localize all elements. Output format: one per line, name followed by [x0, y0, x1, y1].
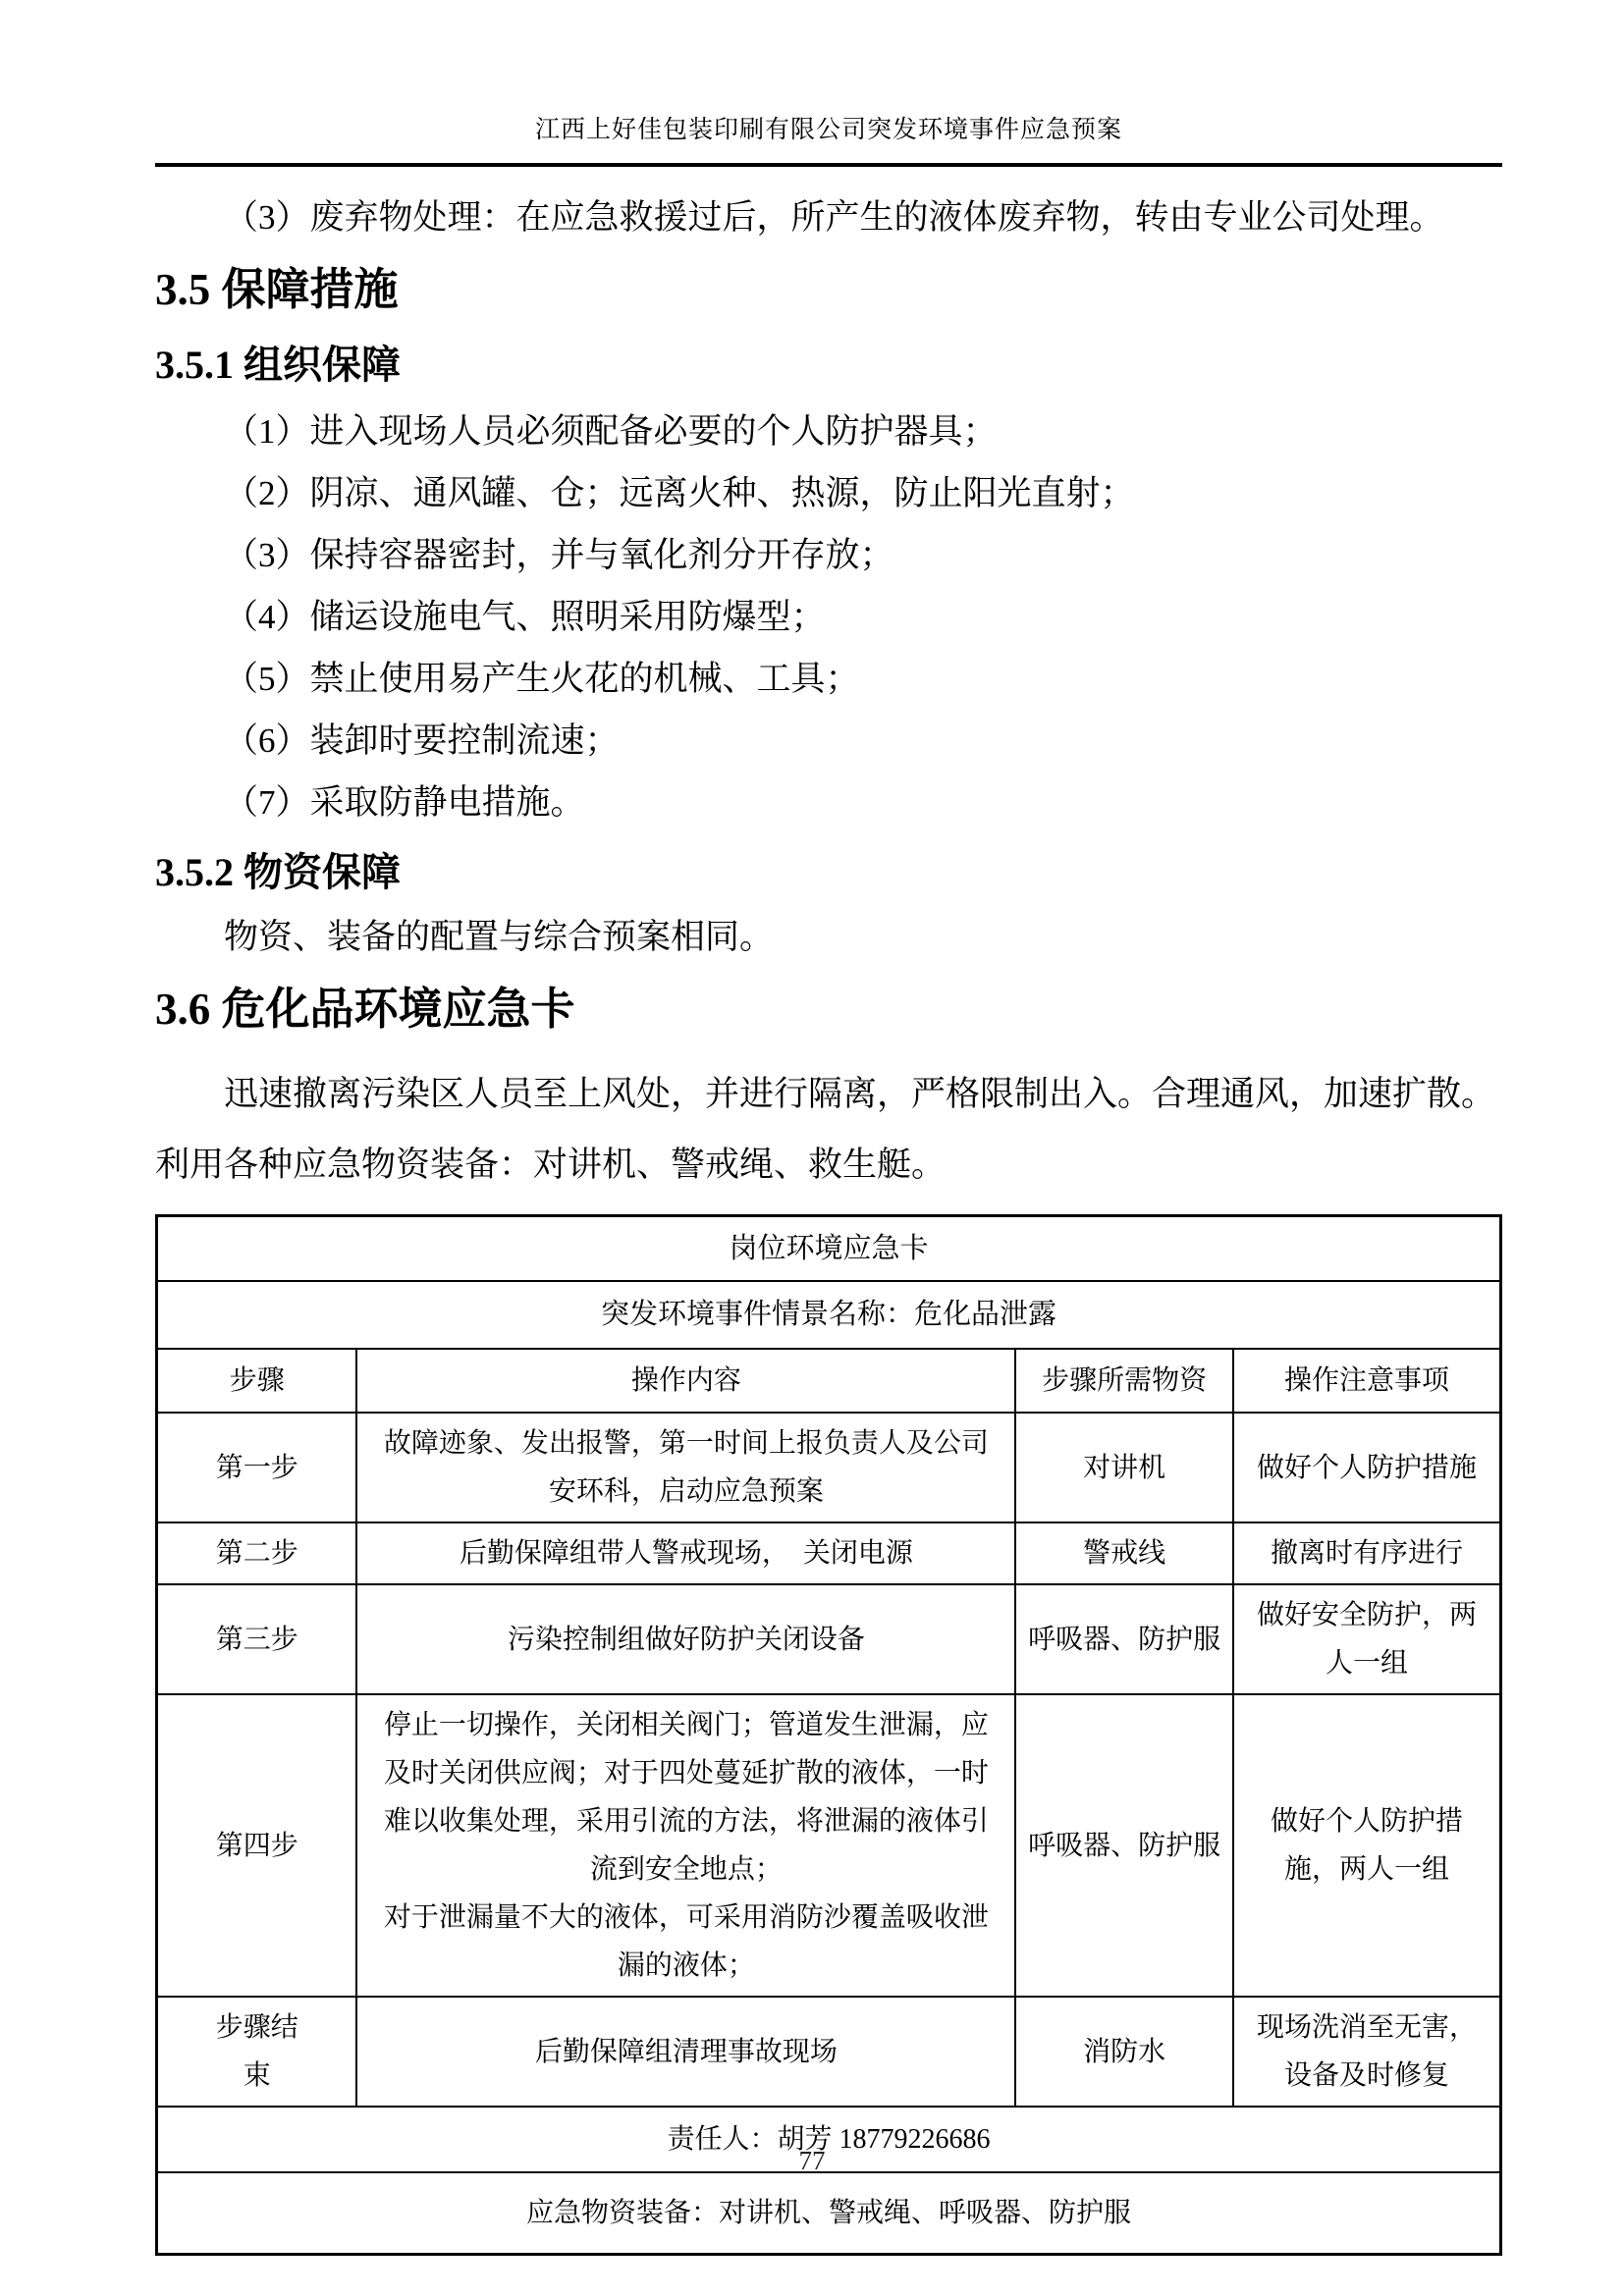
- table-scenario-row: 突发环境事件情景名称：危化品泄露: [157, 1281, 1501, 1349]
- section-3-5-heading: 3.5 保障措施: [155, 268, 1502, 312]
- list-item: （3）保持容器密封，并与氧化剂分开存放；: [155, 538, 1502, 572]
- table-equipment-row: 应急物资装备：对讲机、警戒绳、呼吸器、防护服: [157, 2172, 1501, 2255]
- table-row: 第二步 后勤保障组带人警戒现场， 关闭电源 警戒线 撤离时有序进行: [157, 1522, 1501, 1584]
- materials-cell: 呼吸器、防护服: [1015, 1694, 1233, 1997]
- emergency-equipment: 应急物资装备：对讲机、警戒绳、呼吸器、防护服: [157, 2172, 1501, 2255]
- step-cell: 第三步: [157, 1584, 357, 1694]
- operation-cell: 后勤保障组清理事故现场: [356, 1997, 1015, 2107]
- operation-cell: 污染控制组做好防护关闭设备: [356, 1584, 1015, 1694]
- column-header-operation: 操作内容: [356, 1349, 1015, 1413]
- list-item: （1）进入现场人员必须配备必要的个人防护器具；: [155, 414, 1502, 449]
- table-title-row: 岗位环境应急卡: [157, 1215, 1501, 1281]
- step-cell: 第四步: [157, 1694, 357, 1997]
- table-row: 第一步 故障迹象、发出报警，第一时间上报负责人及公司安环科，启动应急预案 对讲机…: [157, 1413, 1501, 1522]
- scenario-name: 突发环境事件情景名称：危化品泄露: [157, 1281, 1501, 1349]
- notes-cell: 做好个人防护措施，两人一组: [1233, 1694, 1500, 1997]
- list-item: （5）禁止使用易产生火花的机械、工具；: [155, 662, 1502, 696]
- list-item: （2）阴凉、通风罐、仓；远离火种、热源，防止阳光直射；: [155, 476, 1502, 510]
- table-row: 第四步 停止一切操作，关闭相关阀门；管道发生泄漏，应及时关闭供应阀；对于四处蔓延…: [157, 1694, 1501, 1997]
- step-cell: 第一步: [157, 1413, 357, 1522]
- section-3-5-2-heading: 3.5.2 物资保障: [155, 853, 1502, 892]
- section-3-5-2-paragraph: 物资、装备的配置与综合预案相同。: [155, 920, 1502, 954]
- operation-cell: 后勤保障组带人警戒现场， 关闭电源: [356, 1522, 1015, 1584]
- document-page: { "header": { "title": "江西上好佳包装印刷有限公司突发环…: [0, 0, 1624, 2296]
- notes-cell: 做好安全防护，两人一组: [1233, 1584, 1500, 1694]
- materials-cell: 对讲机: [1015, 1413, 1233, 1522]
- materials-cell: 警戒线: [1015, 1522, 1233, 1584]
- list-item: （4）储运设施电气、照明采用防爆型；: [155, 600, 1502, 634]
- materials-cell: 呼吸器、防护服: [1015, 1584, 1233, 1694]
- materials-cell: 消防水: [1015, 1997, 1233, 2107]
- column-header-materials: 步骤所需物资: [1015, 1349, 1233, 1413]
- section-3-5-1-heading: 3.5.1 组织保障: [155, 346, 1502, 385]
- table-row: 第三步 污染控制组做好防护关闭设备 呼吸器、防护服 做好安全防护，两人一组: [157, 1584, 1501, 1694]
- notes-cell: 做好个人防护措施: [1233, 1413, 1500, 1522]
- table-header-row: 步骤 操作内容 步骤所需物资 操作注意事项: [157, 1349, 1501, 1413]
- notes-cell: 现场洗消至无害，设备及时修复: [1233, 1997, 1500, 2107]
- document-title: 江西上好佳包装印刷有限公司突发环境事件应急预案: [535, 117, 1122, 143]
- operation-cell: 故障迹象、发出报警，第一时间上报负责人及公司安环科，启动应急预案: [356, 1413, 1015, 1522]
- step-cell: 步骤结束: [157, 1997, 357, 2107]
- list-item: （6）装卸时要控制流速；: [155, 723, 1502, 758]
- section-3-6-paragraph: 迅速撤离污染区人员至上风处，并进行隔离，严格限制出入。合理通风，加速扩散。利用各…: [155, 1059, 1502, 1201]
- notes-cell: 撤离时有序进行: [1233, 1522, 1500, 1584]
- table-title: 岗位环境应急卡: [157, 1215, 1501, 1281]
- emergency-card-table: 岗位环境应急卡 突发环境事件情景名称：危化品泄露 步骤 操作内容 步骤所需物资 …: [155, 1214, 1502, 2257]
- section-3-6-heading: 3.6 危化品环境应急卡: [155, 988, 1502, 1032]
- running-header: 江西上好佳包装印刷有限公司突发环境事件应急预案: [155, 0, 1502, 167]
- column-header-notes: 操作注意事项: [1233, 1349, 1500, 1413]
- column-header-step: 步骤: [157, 1349, 357, 1413]
- table-row: 步骤结束 后勤保障组清理事故现场 消防水 现场洗消至无害，设备及时修复: [157, 1997, 1501, 2107]
- page-number: 77: [0, 2146, 1624, 2176]
- list-item: （7）采取防静电措施。: [155, 785, 1502, 820]
- operation-cell: 停止一切操作，关闭相关阀门；管道发生泄漏，应及时关闭供应阀；对于四处蔓延扩散的液…: [356, 1694, 1015, 1997]
- organization-measures-list: （1）进入现场人员必须配备必要的个人防护器具； （2）阴凉、通风罐、仓；远离火种…: [155, 414, 1502, 820]
- step-cell: 第二步: [157, 1522, 357, 1584]
- intro-paragraph: （3）废弃物处理：在应急救援过后，所产生的液体废弃物，转由专业公司处理。: [155, 200, 1502, 235]
- page-content: 江西上好佳包装印刷有限公司突发环境事件应急预案 （3）废弃物处理：在应急救援过后…: [155, 0, 1502, 2256]
